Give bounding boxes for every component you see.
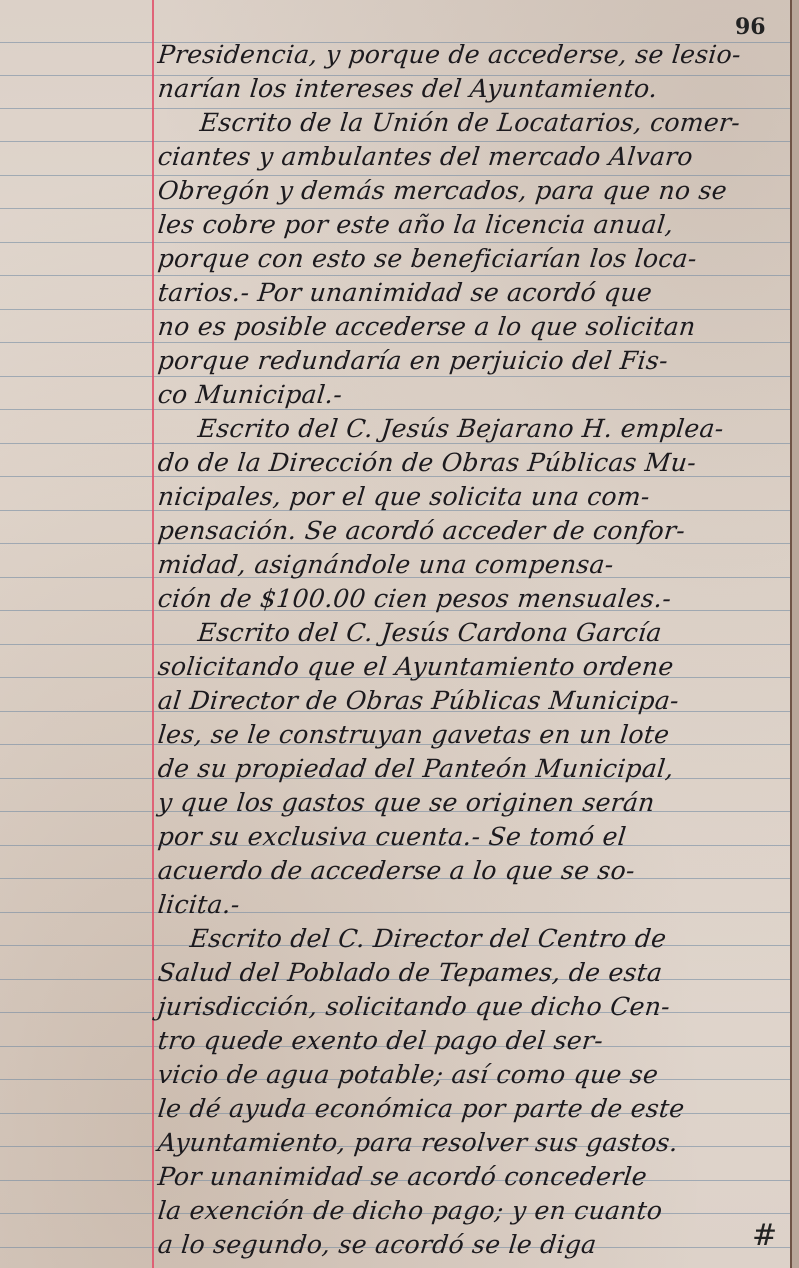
text-line: nicipales, por el que solicita una com- (156, 482, 651, 511)
ruled-line (0, 242, 790, 243)
text-line: por su exclusiva cuenta.- Se tomó el (156, 822, 627, 851)
ruled-line (0, 309, 790, 310)
text-line: Escrito del C. Jesús Cardona García (196, 618, 663, 647)
text-line: vicio de agua potable; así como que se (156, 1060, 659, 1089)
ruled-line (0, 443, 790, 444)
text-line: les, se le construyan gavetas en un lote (156, 720, 670, 749)
ruled-line (0, 208, 790, 209)
text-line: Escrito del C. Jesús Bejarano H. emplea- (196, 414, 725, 443)
text-line: licita.- (156, 890, 241, 919)
ruled-line (0, 275, 790, 276)
text-line: Salud del Poblado de Tepames, de esta (156, 958, 663, 987)
text-line: a lo segundo, se acordó se le diga (156, 1230, 598, 1259)
corner-mark: # (752, 1218, 777, 1253)
text-line: Por unanimidad se acordó concederle (156, 1162, 648, 1191)
ruled-line (0, 409, 790, 410)
ruled-line (0, 376, 790, 377)
text-line: tarios.- Por unanimidad se acordó que (156, 278, 653, 307)
text-line: acuerdo de accederse a lo que se so- (156, 856, 636, 885)
ledger-page: 96 Presidencia, y porque de accederse, s… (0, 0, 799, 1268)
text-line: no es posible accederse a lo que solicit… (156, 312, 697, 341)
text-line: Ayuntamiento, para resolver sus gastos. (156, 1128, 679, 1157)
text-line: Obregón y demás mercados, para que no se (156, 176, 728, 205)
text-line: le dé ayuda económica por parte de este (156, 1094, 686, 1123)
text-line: ciantes y ambulantes del mercado Alvaro (156, 142, 694, 171)
text-line: la exención de dicho pago; y en cuanto (156, 1196, 663, 1225)
text-line: y que los gastos que se originen serán (156, 788, 656, 817)
text-line: co Municipal.- (156, 380, 343, 409)
text-line: porque redundaría en perjuicio del Fis- (156, 346, 669, 375)
text-line: Escrito de la Unión de Locatarios, comer… (198, 108, 741, 137)
text-line: ción de $100.00 cien pesos mensuales.- (156, 584, 672, 613)
text-line: midad, asignándole una compensa- (156, 550, 615, 579)
text-line: jurisdicción, solicitando que dicho Cen- (156, 992, 671, 1021)
ruled-line (0, 912, 790, 913)
text-line: Presidencia, y porque de accederse, se l… (156, 40, 742, 69)
text-line: narían los intereses del Ayuntamiento. (156, 74, 659, 103)
page-number: 96 (735, 14, 766, 40)
text-line: pensación. Se acordó acceder de confor- (156, 516, 686, 545)
text-line: al Director de Obras Públicas Municipa- (156, 686, 680, 715)
text-line: porque con esto se beneficiarían los loc… (156, 244, 698, 273)
text-line: do de la Dirección de Obras Públicas Mu- (156, 448, 697, 477)
text-line: les cobre por este año la licencia anual… (156, 210, 675, 239)
text-line: Escrito del C. Director del Centro de (188, 924, 667, 953)
red-margin-line (152, 0, 154, 1268)
text-line: de su propiedad del Panteón Municipal, (156, 754, 675, 783)
ruled-line (0, 342, 790, 343)
text-line: tro quede exento del pago del ser- (156, 1026, 604, 1055)
text-line: solicitando que el Ayuntamiento ordene (156, 652, 675, 681)
page-edge-shadow (792, 0, 799, 1268)
